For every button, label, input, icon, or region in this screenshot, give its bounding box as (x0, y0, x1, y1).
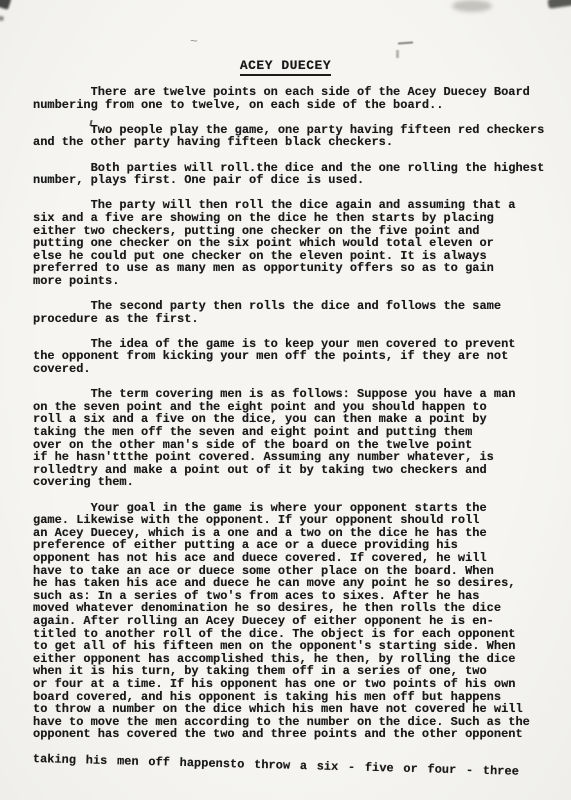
document-body: There are twelve points on each side of … (33, 86, 563, 779)
paragraph-covering-men: The term covering men is as follows: Sup… (33, 388, 563, 489)
title-row: ACEY DUECEY (0, 56, 571, 76)
paragraph-two-players: Two people play the game, one party havi… (33, 124, 563, 149)
document-title: ACEY DUECEY (240, 58, 331, 76)
scan-mark-dash (398, 41, 413, 44)
scan-smudge-top-left-corner (0, 0, 12, 10)
scan-smudge-top-right-blotch (452, 0, 492, 12)
scan-smudge-left-edge (0, 16, 4, 21)
paragraph-roll-first: Both parties will roll.the dice and the … (33, 162, 563, 187)
scan-mark-tilde: ~ (190, 34, 206, 44)
paragraph-opening-roll: The party will then roll the dice again … (33, 199, 563, 287)
paragraph-idea-of-game: The idea of the game is to keep your men… (33, 338, 563, 376)
paragraph-goal-and-acey-duecey: Your goal in the game is where your oppo… (33, 502, 563, 741)
paragraph-second-party: The second party then rolls the dice and… (33, 300, 563, 325)
paragraph-board-points: There are twelve points on each side of … (33, 86, 563, 111)
slanted-last-line: taking his men off happensto throw a six… (33, 753, 563, 779)
scan-smudge-top-right-corner (547, 0, 571, 9)
scanned-document-page: ~ ACEY DUECEY There are twelve points on… (0, 0, 571, 800)
